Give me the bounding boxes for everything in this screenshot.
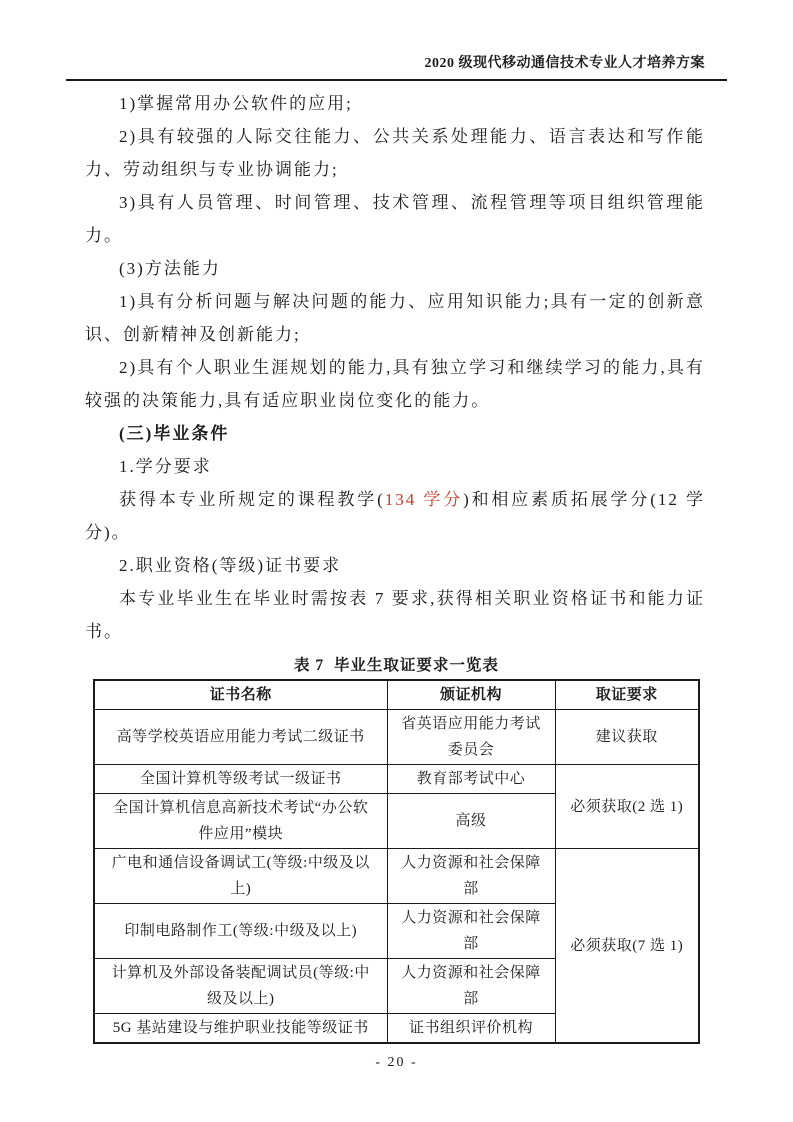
paragraph: 1)掌握常用办公软件的应用; (85, 87, 705, 120)
cell-issuer: 人力资源和社会保障 部 (387, 849, 555, 904)
paragraph: (3)方法能力 (85, 252, 705, 285)
col-header-requirement: 取证要求 (555, 680, 699, 710)
paragraph: 1)具有分析问题与解决问题的能力、应用知识能力;具有一定的创新意识、创新精神及创… (85, 285, 705, 351)
cell-issuer: 高级 (387, 794, 555, 849)
credits-prefix: 获得本专业所规定的课程教学( (119, 490, 385, 509)
table-header-row: 证书名称 颁证机构 取证要求 (94, 680, 699, 710)
table-caption: 表 7 毕业生取证要求一览表 (0, 653, 793, 675)
section-heading-graduation-conditions: (三)毕业条件 (85, 417, 705, 450)
header-title: 2020 级现代移动通信技术专业人才培养方案 (66, 54, 705, 74)
document-page: 2020 级现代移动通信技术专业人才培养方案 1)掌握常用办公软件的应用; 2)… (0, 0, 793, 1122)
body-text: 1)掌握常用办公软件的应用; 2)具有较强的人际交往能力、公共关系处理能力、语言… (85, 87, 705, 648)
certificate-intro-paragraph: 本专业毕业生在毕业时需按表 7 要求,获得相关职业资格证书和能力证书。 (85, 582, 705, 648)
cell-cert: 广电和通信设备调试工(等级:中级及以 上) (94, 849, 387, 904)
cell-issuer: 证书组织评价机构 (387, 1014, 555, 1044)
cell-issuer: 教育部考试中心 (387, 765, 555, 794)
cell-cert: 5G 基站建设与维护职业技能等级证书 (94, 1014, 387, 1044)
certificate-requirement-heading: 2.职业资格(等级)证书要求 (85, 549, 705, 582)
cell-cert: 全国计算机信息高新技术考试“办公软 件应用”模块 (94, 794, 387, 849)
cell-cert: 全国计算机等级考试一级证书 (94, 765, 387, 794)
cell-requirement: 建议获取 (555, 710, 699, 765)
header-rule (66, 79, 727, 81)
col-header-cert-name: 证书名称 (94, 680, 387, 710)
cell-requirement-merged-2of1: 必须获取(2 选 1) (555, 765, 699, 849)
cell-cert: 计算机及外部设备装配调试员(等级:中 级及以上) (94, 959, 387, 1014)
cell-cert: 高等学校英语应用能力考试二级证书 (94, 710, 387, 765)
paragraph: 2)具有个人职业生涯规划的能力,具有独立学习和继续学习的能力,具有较强的决策能力… (85, 351, 705, 417)
credit-requirement-paragraph: 获得本专业所规定的课程教学(134 学分)和相应素质拓展学分(12 学分)。 (85, 483, 705, 549)
page-number: - 20 - (0, 1055, 793, 1071)
paragraph: 3)具有人员管理、时间管理、技术管理、流程管理等项目组织管理能力。 (85, 186, 705, 252)
cell-issuer: 省英语应用能力考试 委员会 (387, 710, 555, 765)
cell-requirement-merged-7of1: 必须获取(7 选 1) (555, 849, 699, 1044)
cell-issuer: 人力资源和社会保障 部 (387, 959, 555, 1014)
cell-cert: 印制电路制作工(等级:中级及以上) (94, 904, 387, 959)
col-header-issuer: 颁证机构 (387, 680, 555, 710)
paragraph: 2)具有较强的人际交往能力、公共关系处理能力、语言表达和写作能力、劳动组织与专业… (85, 120, 705, 186)
table-row: 广电和通信设备调试工(等级:中级及以 上) 人力资源和社会保障 部 必须获取(7… (94, 849, 699, 904)
credit-requirement-heading: 1.学分要求 (85, 450, 705, 483)
credits-value-red: 134 学分 (385, 490, 463, 509)
table-row: 全国计算机等级考试一级证书 教育部考试中心 必须获取(2 选 1) (94, 765, 699, 794)
page-header: 2020 级现代移动通信技术专业人才培养方案 (66, 54, 705, 74)
cell-issuer: 人力资源和社会保障 部 (387, 904, 555, 959)
certificate-table: 证书名称 颁证机构 取证要求 高等学校英语应用能力考试二级证书 省英语应用能力考… (93, 679, 700, 1044)
table-row: 高等学校英语应用能力考试二级证书 省英语应用能力考试 委员会 建议获取 (94, 710, 699, 765)
